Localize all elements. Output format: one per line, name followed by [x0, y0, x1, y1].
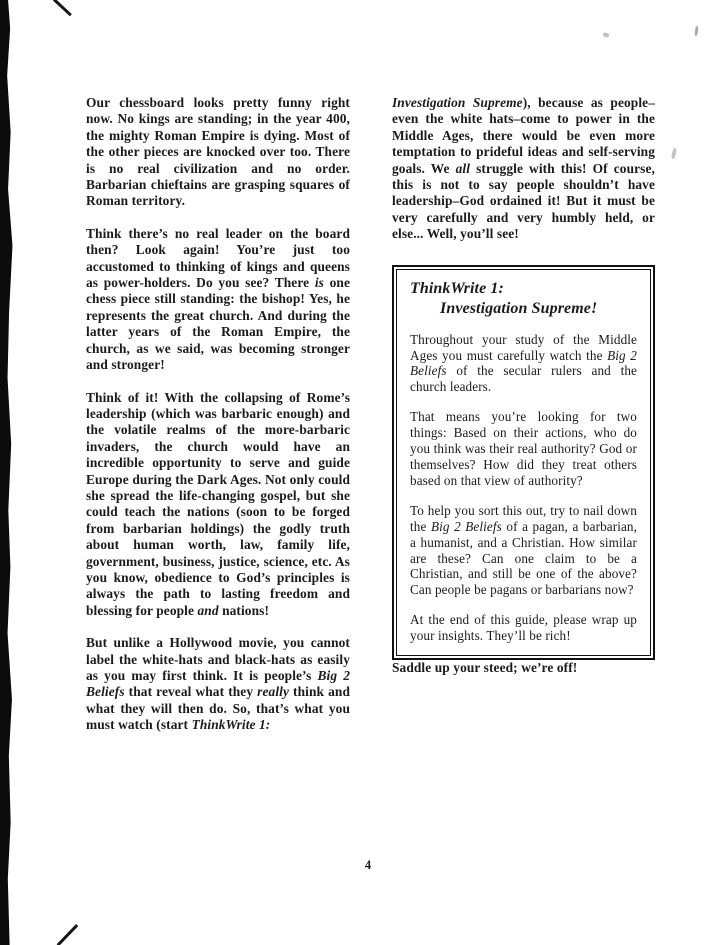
paragraph: Think of it! With the collapsing of Rome… [86, 390, 350, 620]
italic-text-run: all [456, 161, 470, 176]
paragraph: Think there’s no real leader on the boar… [86, 226, 350, 374]
italic-text-run: is [315, 275, 324, 290]
paragraph: To help you sort this out, try to nail d… [410, 503, 637, 598]
closing-line: Saddle up your steed; we’re off! [392, 660, 655, 676]
thinkwrite-title-line1: ThinkWrite 1: [410, 279, 637, 299]
thinkwrite-title: ThinkWrite 1: Investigation Supreme! [410, 279, 637, 319]
thinkwrite-box-inner: ThinkWrite 1: Investigation Supreme! Thr… [396, 269, 651, 656]
paragraph: That means you’re looking for two things… [410, 409, 637, 489]
scan-edge-artifact [0, 0, 13, 945]
scan-speck [671, 148, 677, 160]
text-run: That means you’re looking for two things… [410, 409, 637, 488]
paragraph: At the end of this guide, please wrap up… [410, 612, 637, 644]
paragraph: Our chessboard looks pretty funny right … [86, 95, 350, 210]
text-run: Think there’s no real leader on the boar… [86, 226, 350, 290]
text-run: But unlike a Hollywood movie, you cannot… [86, 635, 350, 683]
page-number: 4 [10, 858, 716, 873]
scan-speck [694, 26, 698, 36]
italic-text-run: and [198, 603, 219, 618]
text-run: Throughout your study of the Middle Ages… [410, 332, 637, 363]
right-text-column: Investigation Supreme), because as peopl… [392, 95, 655, 676]
paragraph: But unlike a Hollywood movie, you cannot… [86, 635, 350, 733]
italic-text-run: Big 2 Beliefs [431, 519, 502, 534]
document-page: Our chessboard looks pretty funny right … [0, 0, 716, 945]
italic-text-run: really [257, 684, 289, 699]
paragraph: Throughout your study of the Middle Ages… [410, 332, 637, 396]
intro-paragraph: Investigation Supreme), because as peopl… [392, 95, 655, 243]
thinkwrite-body: Throughout your study of the Middle Ages… [410, 332, 637, 644]
text-run: Think of it! With the collapsing of Rome… [86, 390, 350, 618]
thinkwrite-box: ThinkWrite 1: Investigation Supreme! Thr… [392, 265, 655, 660]
thinkwrite-title-line2: Investigation Supreme! [410, 299, 637, 319]
scan-tick-top-left [53, 0, 72, 16]
scan-tick-bottom-left [57, 924, 78, 945]
italic-text-run: Investigation Supreme [392, 95, 523, 110]
scan-speck [602, 32, 609, 38]
italic-text-run: ThinkWrite 1: [192, 717, 271, 732]
text-run: Our chessboard looks pretty funny right … [86, 95, 350, 208]
text-run: nations! [219, 603, 269, 618]
text-run: At the end of this guide, please wrap up… [410, 612, 637, 643]
text-run: that reveal what they [125, 684, 258, 699]
left-text-column: Our chessboard looks pretty funny right … [86, 95, 350, 734]
